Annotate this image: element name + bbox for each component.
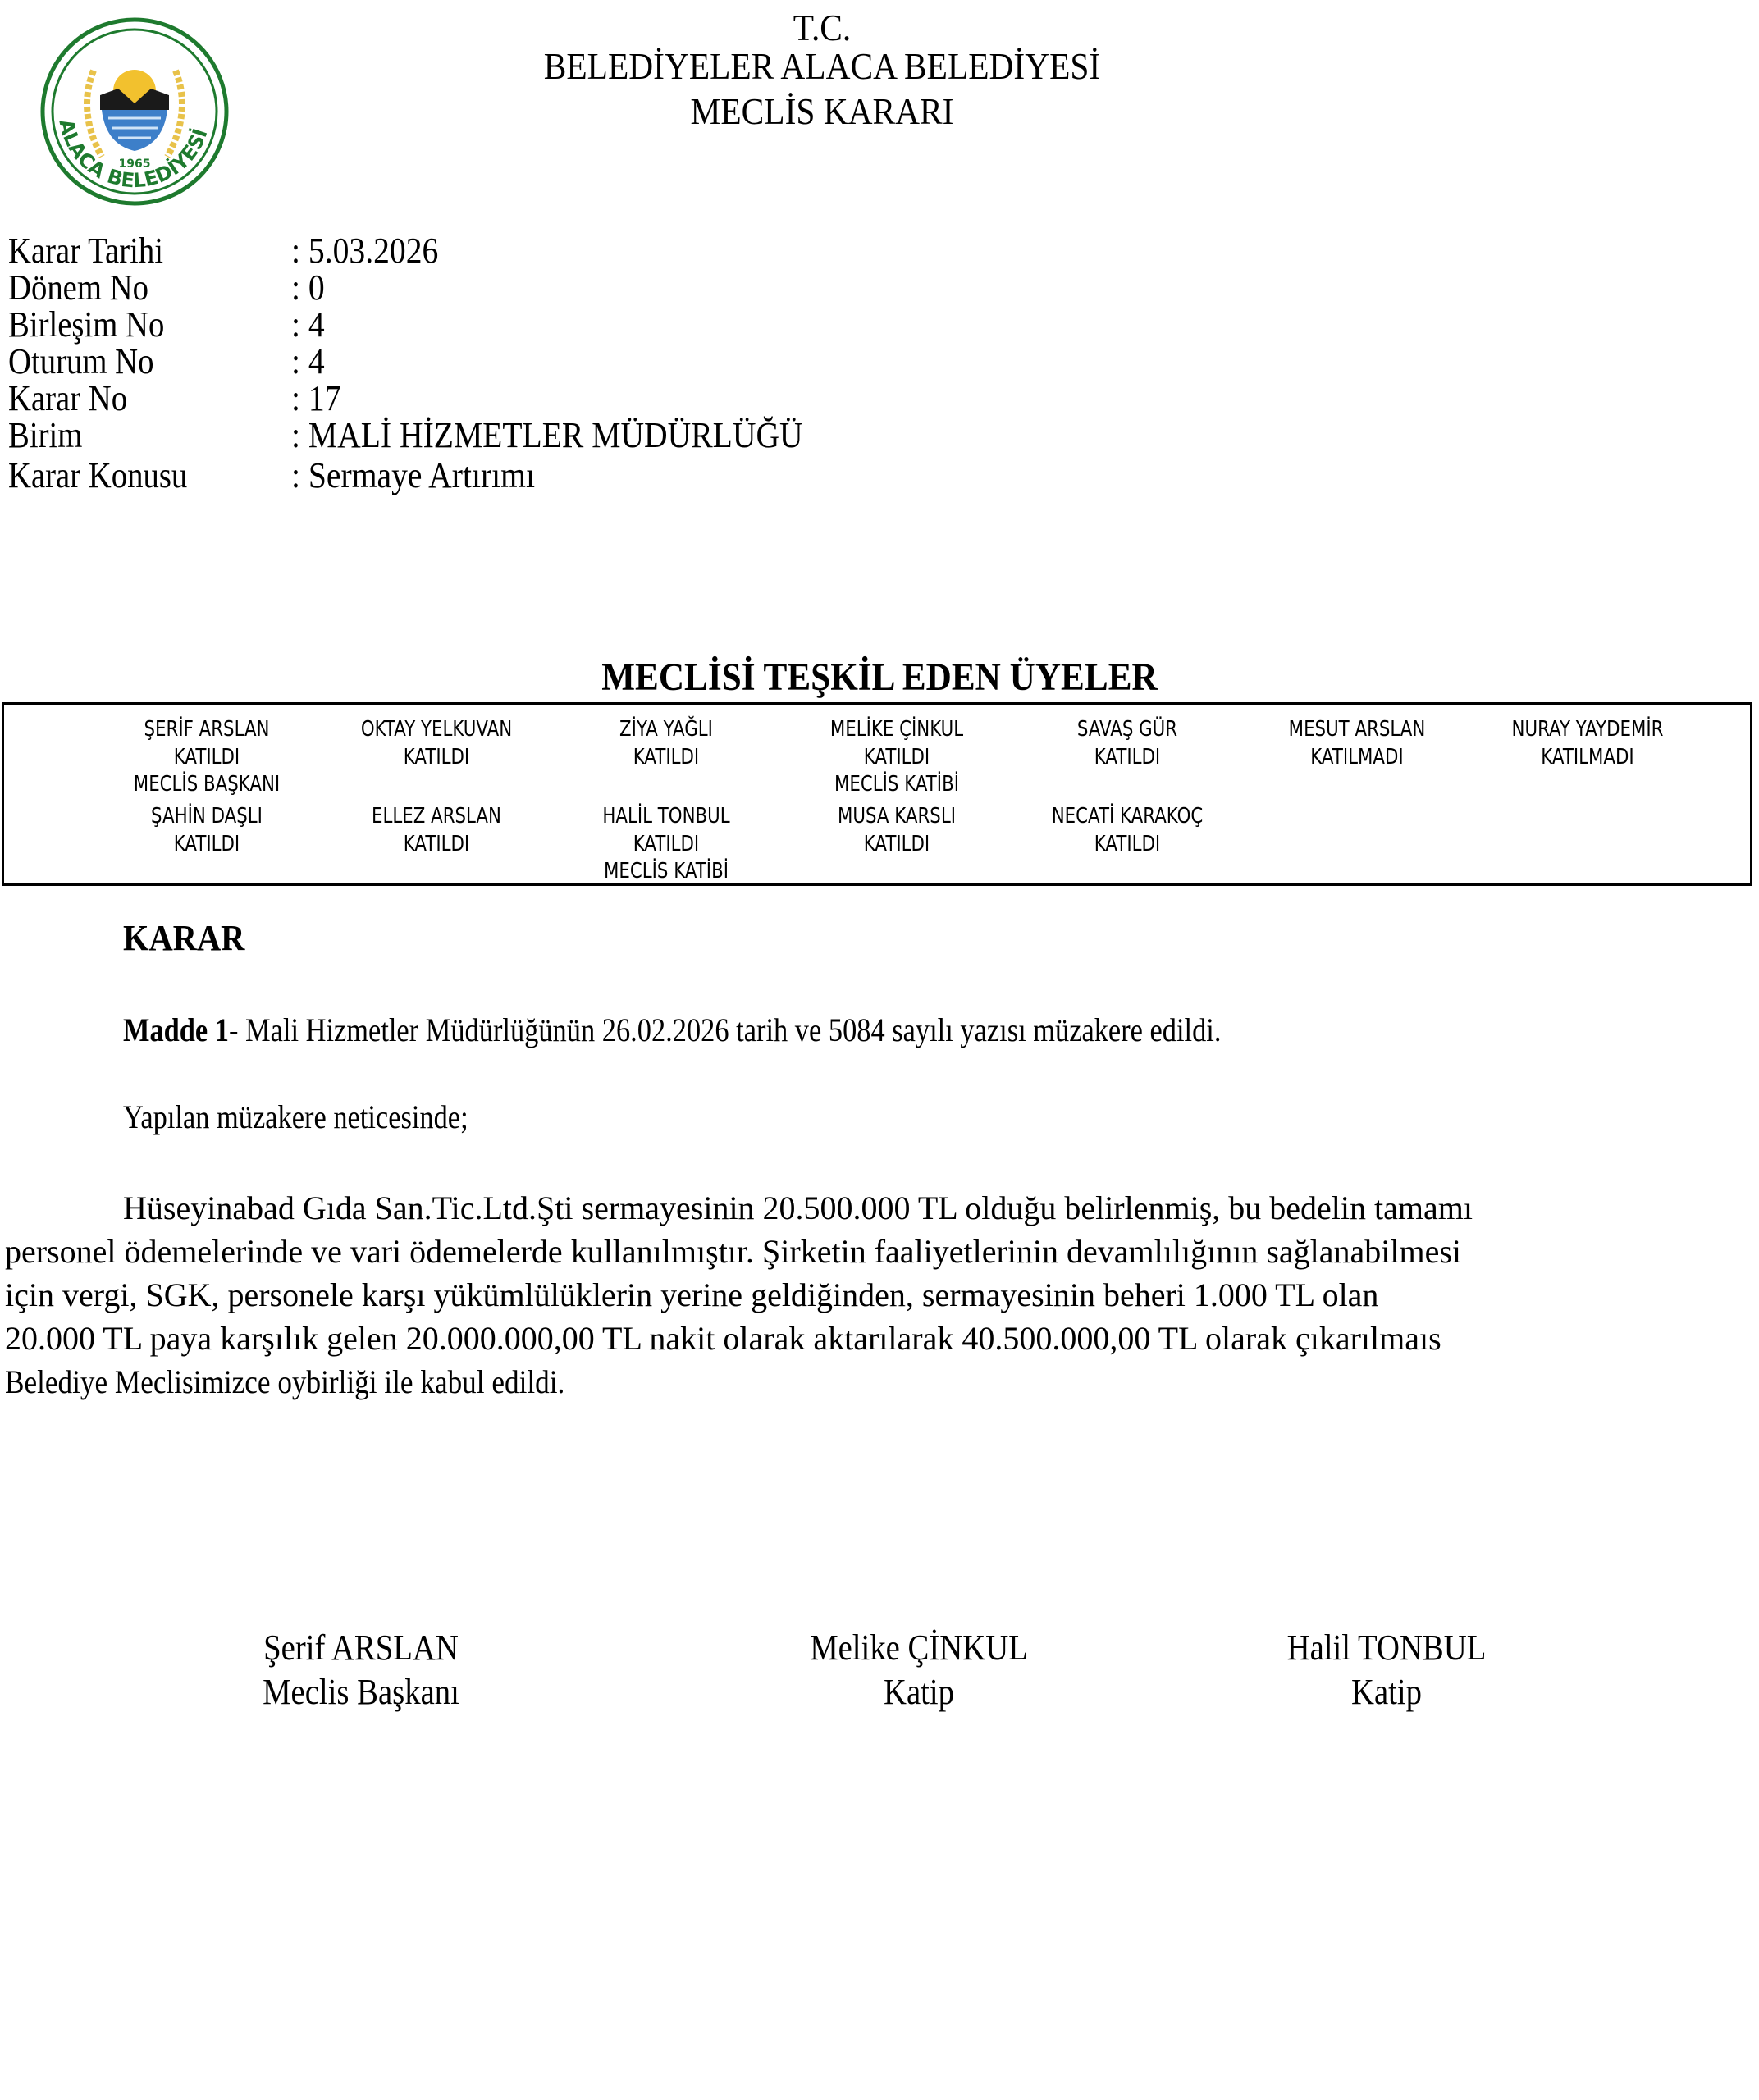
- meta-label: Karar No: [8, 380, 258, 417]
- member-entry: ELLEZ ARSLANKATILDI: [342, 803, 531, 886]
- member-entry: NECATİ KARAKOÇKATILDI: [1033, 803, 1222, 886]
- member-role: [1263, 771, 1451, 799]
- decision-body: Hüseyinabad Gıda San.Tic.Ltd.Şti sermaye…: [5, 1186, 1748, 1404]
- signature-title: Katip: [789, 1670, 1049, 1714]
- article-1: Madde 1- Mali Hizmetler Müdürlüğünün 26.…: [123, 1011, 1221, 1049]
- member-entry: MELİKE ÇİNKULKATILDIMECLİS KATİBİ: [802, 716, 991, 799]
- meta-label: Oturum No: [8, 343, 258, 380]
- member-status: KATILDI: [1033, 744, 1222, 772]
- member-entry: HALİL TONBULKATILDIMECLİS KATİBİ: [572, 803, 761, 886]
- member-name: MELİKE ÇİNKUL: [802, 716, 991, 744]
- member-name: NECATİ KARAKOÇ: [1033, 803, 1222, 831]
- meta-row-birlesim-no: Birleşim No: 4: [8, 306, 860, 343]
- body-line: Belediye Meclisimizce oybirliği ile kabu…: [5, 1360, 1538, 1404]
- meta-value: : MALİ HİZMETLER MÜDÜRLÜĞÜ: [291, 417, 803, 454]
- meta-row-karar-no: Karar No: 17: [8, 380, 860, 417]
- member-role: MECLİS KATİBİ: [572, 858, 761, 886]
- member-name: MUSA KARSLI: [802, 803, 991, 831]
- member-entry: OKTAY YELKUVANKATILDI: [342, 716, 531, 799]
- member-name: SAVAŞ GÜR: [1033, 716, 1222, 744]
- member-status: KATILDI: [342, 831, 531, 859]
- meta-value: : 5.03.2026: [291, 232, 438, 269]
- member-status: KATILDI: [802, 744, 991, 772]
- meta-label: Birim: [8, 417, 258, 454]
- meta-label: Dönem No: [8, 269, 258, 306]
- member-role: [1033, 771, 1222, 799]
- member-role: [572, 771, 761, 799]
- members-table: ŞERİF ARSLANKATILDIMECLİS BAŞKANIOKTAY Y…: [2, 702, 1752, 886]
- signature-chairman: Şerif ARSLANMeclis Başkanı: [231, 1626, 491, 1714]
- meta-row-karar-tarihi: Karar Tarihi: 5.03.2026: [8, 232, 860, 269]
- decision-metadata: Karar Tarihi: 5.03.2026 Dönem No: 0 Birl…: [8, 232, 860, 494]
- decision-heading: KARAR: [123, 917, 244, 959]
- meta-row-birim: Birim: MALİ HİZMETLER MÜDÜRLÜĞÜ: [8, 417, 860, 454]
- meta-value: : 0: [291, 269, 325, 306]
- member-name: OKTAY YELKUVAN: [342, 716, 531, 744]
- meta-label: Karar Konusu: [8, 457, 258, 494]
- member-name: ŞAHİN DAŞLI: [112, 803, 301, 831]
- meta-value: : 4: [291, 306, 325, 343]
- article-text: - Mali Hizmetler Müdürlüğünün 26.02.2026…: [229, 1011, 1221, 1048]
- members-title: MECLİSİ TEŞKİL EDEN ÜYELER: [88, 656, 1671, 699]
- body-line: için vergi, SGK, personele karşı yükümlü…: [5, 1273, 1748, 1317]
- member-name: ELLEZ ARSLAN: [342, 803, 531, 831]
- member-role: [1033, 858, 1222, 886]
- body-line: personel ödemelerinde ve vari ödemelerde…: [5, 1230, 1748, 1273]
- meta-row-oturum-no: Oturum No: 4: [8, 343, 860, 380]
- member-role: [1493, 771, 1682, 799]
- member-entry: ŞERİF ARSLANKATILDIMECLİS BAŞKANI: [112, 716, 301, 799]
- signature-clerk-1: Melike ÇİNKULKatip: [789, 1626, 1049, 1714]
- header-municipality: BELEDİYELER ALACA BELEDİYESİ: [30, 47, 1614, 86]
- body-line: Hüseyinabad Gıda San.Tic.Ltd.Şti sermaye…: [5, 1186, 1748, 1230]
- member-entry: ZİYA YAĞLIKATILDI: [572, 716, 761, 799]
- member-status: KATILDI: [572, 831, 761, 859]
- signature-title: Katip: [1257, 1670, 1517, 1714]
- member-role: [342, 858, 531, 886]
- member-role: MECLİS BAŞKANI: [112, 771, 301, 799]
- member-entry: ŞAHİN DAŞLIKATILDI: [112, 803, 301, 886]
- member-name: ŞERİF ARSLAN: [112, 716, 301, 744]
- member-entry: MUSA KARSLIKATILDI: [802, 803, 991, 886]
- article-label: Madde 1: [123, 1011, 229, 1048]
- member-name: MESUT ARSLAN: [1263, 716, 1451, 744]
- header-document-type: MECLİS KARARI: [30, 92, 1614, 131]
- member-role: MECLİS KATİBİ: [802, 771, 991, 799]
- member-status: KATILMADI: [1493, 744, 1682, 772]
- member-status: KATILMADI: [1263, 744, 1451, 772]
- member-role: [342, 771, 531, 799]
- member-status: KATILDI: [342, 744, 531, 772]
- member-entry: NURAY YAYDEMİRKATILMADI: [1493, 716, 1682, 799]
- member-status: KATILDI: [802, 831, 991, 859]
- meta-label: Karar Tarihi: [8, 232, 258, 269]
- member-status: KATILDI: [572, 744, 761, 772]
- signature-name: Melike ÇİNKUL: [789, 1626, 1049, 1670]
- meta-row-karar-konusu: Karar Konusu: Sermaye Artırımı: [8, 457, 860, 494]
- signature-name: Şerif ARSLAN: [231, 1626, 491, 1670]
- signature-title: Meclis Başkanı: [231, 1670, 491, 1714]
- member-status: KATILDI: [112, 744, 301, 772]
- member-role: [802, 858, 991, 886]
- body-line: 20.000 TL paya karşılık gelen 20.000.000…: [5, 1317, 1748, 1360]
- member-entry: SAVAŞ GÜRKATILDI: [1033, 716, 1222, 799]
- decision-intro: Yapılan müzakere neticesinde;: [123, 1098, 468, 1136]
- member-name: HALİL TONBUL: [572, 803, 761, 831]
- member-role: [112, 858, 301, 886]
- member-name: NURAY YAYDEMİR: [1493, 716, 1682, 744]
- meta-row-donem-no: Dönem No: 0: [8, 269, 860, 306]
- meta-value: : Sermaye Artırımı: [291, 457, 535, 494]
- meta-value: : 4: [291, 343, 325, 380]
- meta-label: Birleşim No: [8, 306, 258, 343]
- header-tc: T.C.: [30, 8, 1614, 48]
- signature-clerk-2: Halil TONBULKatip: [1257, 1626, 1517, 1714]
- member-entry: MESUT ARSLANKATILMADI: [1263, 716, 1451, 799]
- member-name: ZİYA YAĞLI: [572, 716, 761, 744]
- member-status: KATILDI: [1033, 831, 1222, 859]
- signature-name: Halil TONBUL: [1257, 1626, 1517, 1670]
- member-status: KATILDI: [112, 831, 301, 859]
- meta-value: : 17: [291, 380, 341, 417]
